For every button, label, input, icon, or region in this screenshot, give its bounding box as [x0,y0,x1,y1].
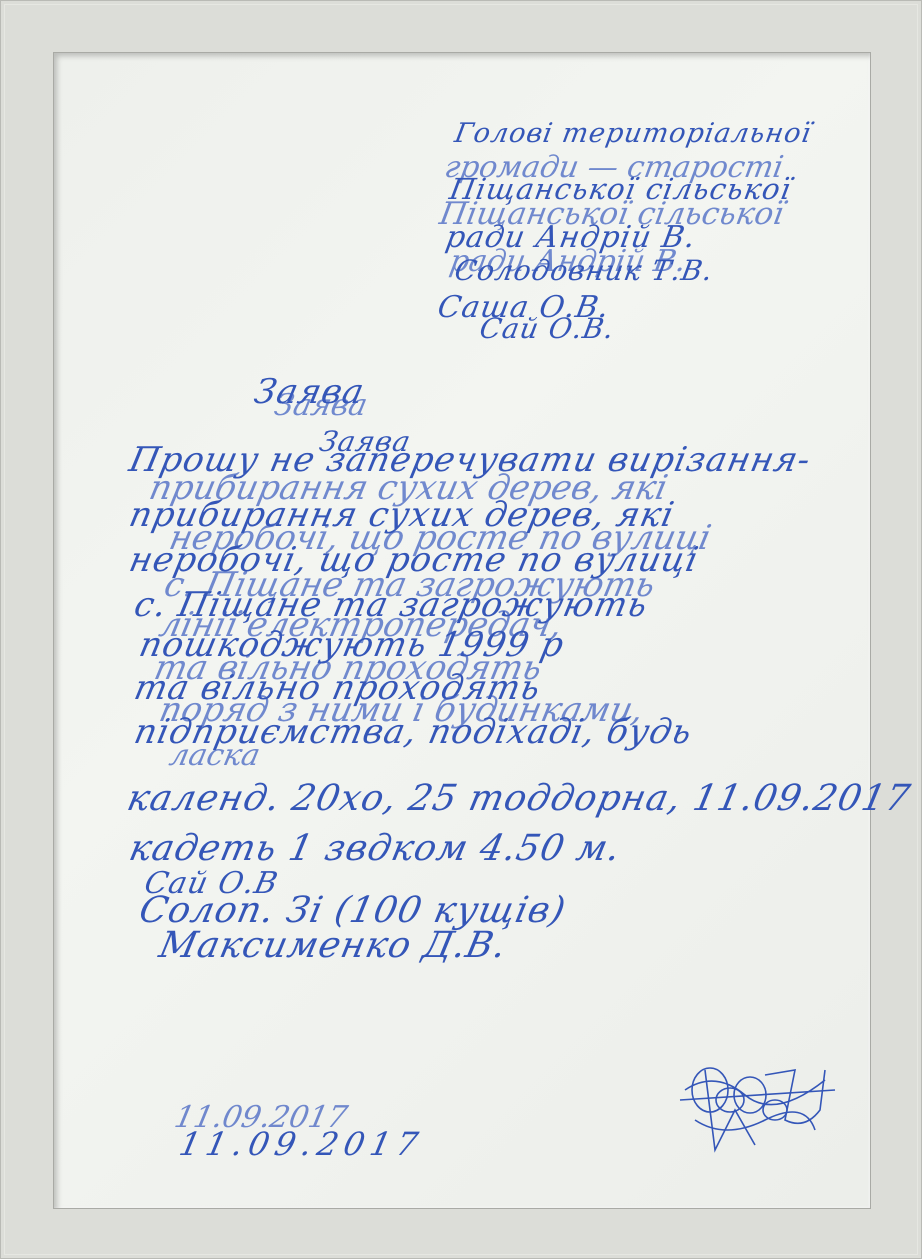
body-line: ласка [166,738,263,773]
title-overwrite: Заява [271,388,370,423]
signer-line: Максименко Д.В. [156,925,511,966]
header-line: Сай О.В. [477,312,617,345]
body-line-date: календ. 20хо, 25 тоддорна, 11.09.2017 [124,778,915,819]
header-line: Головi територiальної [452,118,814,149]
date: 11.09.2017 [176,1125,427,1163]
header-line: Солодовник Т.В. [452,254,716,287]
body-line-measure: кадеть 1 звдком 4.50 м. [126,828,625,869]
signature-icon [675,1050,845,1160]
